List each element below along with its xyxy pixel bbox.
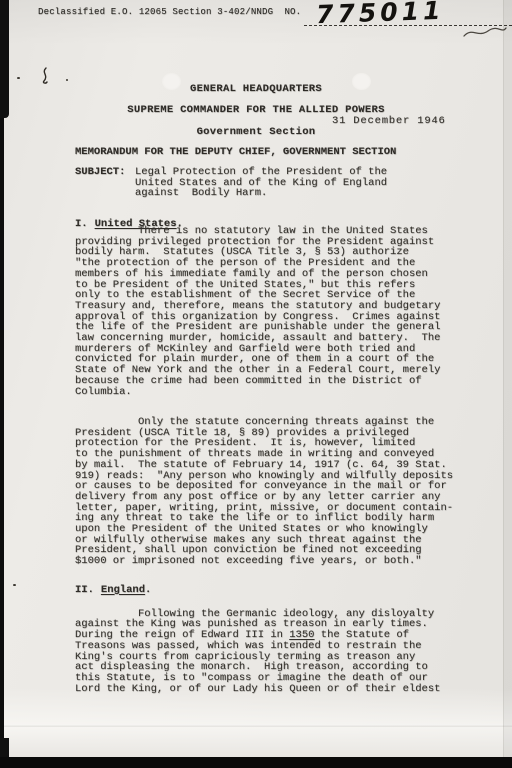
- letterhead: GENERAL HEADQUARTERS SUPREME COMMANDER F…: [60, 73, 452, 137]
- section-title-period: .: [145, 584, 151, 596]
- paper-crease: [4, 724, 512, 727]
- section-title: England: [94, 584, 145, 596]
- letterhead-line-3: Government Section: [197, 126, 316, 138]
- scan-right-shade: [504, 0, 512, 757]
- hole-punch: [352, 73, 371, 90]
- pen-mark-icon: [462, 22, 508, 42]
- hole-punch: [162, 73, 181, 90]
- subject-text: Legal Protection of the President of the…: [135, 167, 387, 199]
- section-heading-england: II.England.: [75, 574, 151, 595]
- memorandum-recipient-line: MEMORANDUM FOR THE DEPUTY CHIEF, GOVERNM…: [75, 147, 396, 158]
- scan-bottom-border: [0, 757, 512, 768]
- section-number: II.: [75, 584, 94, 596]
- ink-smudge-icon: [36, 66, 54, 86]
- scan-corner-top-left: [0, 0, 9, 118]
- ink-speck: [13, 584, 16, 586]
- declassification-number-handwritten: 775011: [316, 0, 445, 29]
- page-bottom-edge: [4, 688, 512, 758]
- paragraph-us-statutory-law: There is no statutory law in the United …: [75, 226, 440, 397]
- subject-label: SUBJECT:: [75, 167, 125, 178]
- paragraph-us-threat-statute: Only the statute concerning threats agai…: [75, 417, 453, 567]
- ink-speck: [17, 77, 20, 79]
- paragraph-england-treason: Following the Germanic ideology, any dis…: [75, 598, 440, 694]
- declassification-stamp-text: Declassified E.O. 12065 Section 3-402/NN…: [38, 7, 301, 18]
- document-date: 31 December 1946: [332, 116, 446, 127]
- letterhead-line-1: GENERAL HEADQUARTERS: [190, 83, 322, 95]
- paragraph-text-after-year: the Statute of Treasons was passed, whic…: [75, 629, 440, 695]
